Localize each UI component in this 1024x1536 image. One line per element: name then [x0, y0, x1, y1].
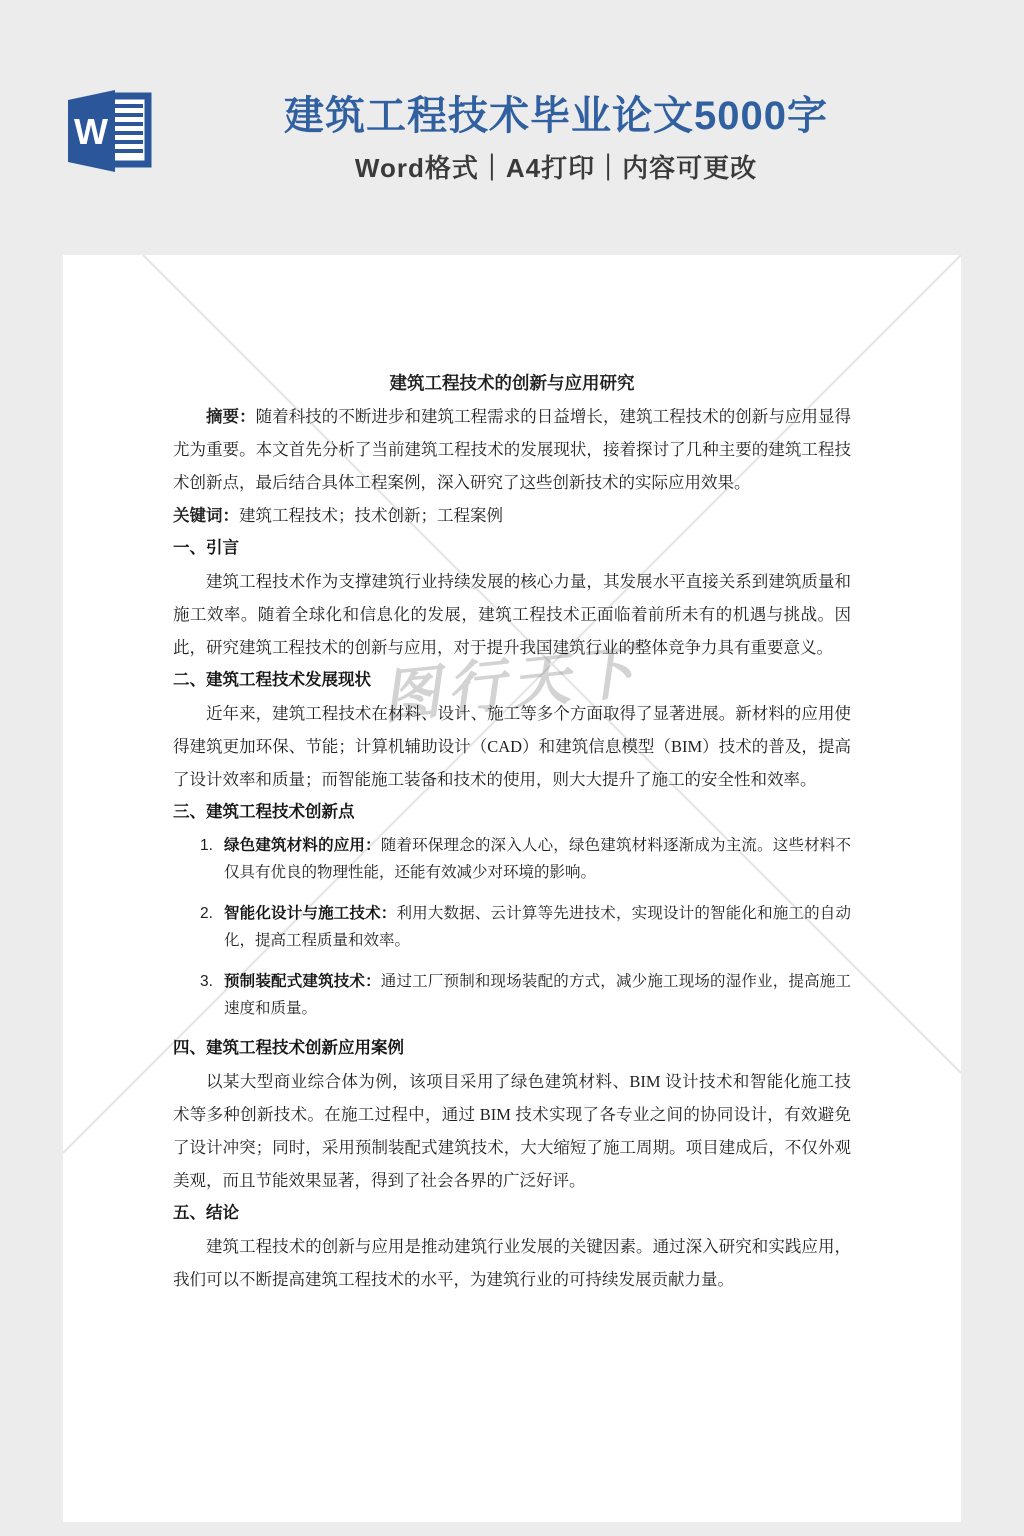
- section-paragraph-introduction: 建筑工程技术作为支撑建筑行业持续发展的核心力量，其发展水平直接关系到建筑质量和施…: [173, 565, 851, 664]
- list-item-lead: 智能化设计与施工技术：: [224, 905, 396, 922]
- section-heading-current-status: 二、建筑工程技术发展现状: [173, 664, 851, 697]
- abstract-label: 摘要：: [206, 407, 256, 426]
- keywords-text: 建筑工程技术；技术创新；工程案例: [239, 506, 503, 525]
- keywords-label: 关键词：: [173, 506, 239, 525]
- section-paragraph-application-case: 以某大型商业综合体为例，该项目采用了绿色建筑材料、BIM 设计技术和智能化施工技…: [173, 1065, 851, 1197]
- word-icon-letter: W: [74, 111, 108, 152]
- document-page: 图行天下 建筑工程技术的创新与应用研究 摘要：随着科技的不断进步和建筑工程需求的…: [63, 255, 961, 1522]
- section-paragraph-conclusion: 建筑工程技术的创新与应用是推动建筑行业发展的关键因素。通过深入研究和实践应用，我…: [173, 1230, 851, 1296]
- innovation-list: 1.绿色建筑材料的应用：随着环保理念的深入人心，绿色建筑材料逐渐成为主流。这些材…: [173, 832, 851, 1022]
- banner-title: 建筑工程技术毕业论文5000字: [88, 93, 1024, 139]
- abstract-text: 随着科技的不断进步和建筑工程需求的日益增长，建筑工程技术的创新与应用显得尤为重要…: [173, 407, 851, 492]
- section-heading-introduction: 一、引言: [173, 532, 851, 565]
- banner-subtitle: Word格式｜A4打印｜内容可更改: [88, 152, 1024, 184]
- list-item-lead: 绿色建筑材料的应用：: [224, 837, 381, 854]
- list-number: 3.: [200, 968, 213, 995]
- document-title: 建筑工程技术的创新与应用研究: [173, 367, 851, 400]
- banner: W 建筑工程技术毕业论文5000字 Word格式｜A4打印｜内容可更改: [0, 0, 1024, 255]
- section-heading-application-case: 四、建筑工程技术创新应用案例: [173, 1032, 851, 1065]
- section-heading-innovation-points: 三、建筑工程技术创新点: [173, 796, 851, 829]
- banner-text-block: 建筑工程技术毕业论文5000字 Word格式｜A4打印｜内容可更改: [88, 0, 1024, 184]
- list-number: 2.: [200, 900, 213, 927]
- document-content: 建筑工程技术的创新与应用研究 摘要：随着科技的不断进步和建筑工程需求的日益增长，…: [63, 255, 961, 1296]
- section-heading-conclusion: 五、结论: [173, 1197, 851, 1230]
- list-item: 2.智能化设计与施工技术：利用大数据、云计算等先进技术，实现设计的智能化和施工的…: [173, 900, 851, 954]
- list-item: 1.绿色建筑材料的应用：随着环保理念的深入人心，绿色建筑材料逐渐成为主流。这些材…: [173, 832, 851, 886]
- section-paragraph-current-status: 近年来，建筑工程技术在材料、设计、施工等多个方面取得了显著进展。新材料的应用使得…: [173, 697, 851, 796]
- list-item: 3.预制装配式建筑技术：通过工厂预制和现场装配的方式，减少施工现场的湿作业，提高…: [173, 968, 851, 1022]
- abstract-paragraph: 摘要：随着科技的不断进步和建筑工程需求的日益增长，建筑工程技术的创新与应用显得尤…: [173, 400, 851, 499]
- list-item-lead: 预制装配式建筑技术：: [224, 973, 381, 990]
- keywords-paragraph: 关键词：建筑工程技术；技术创新；工程案例: [173, 499, 851, 532]
- word-icon: W: [62, 87, 157, 173]
- template-preview-page: { "header": { "title": "建筑工程技术毕业论文5000字"…: [0, 0, 1024, 1536]
- list-number: 1.: [200, 832, 213, 859]
